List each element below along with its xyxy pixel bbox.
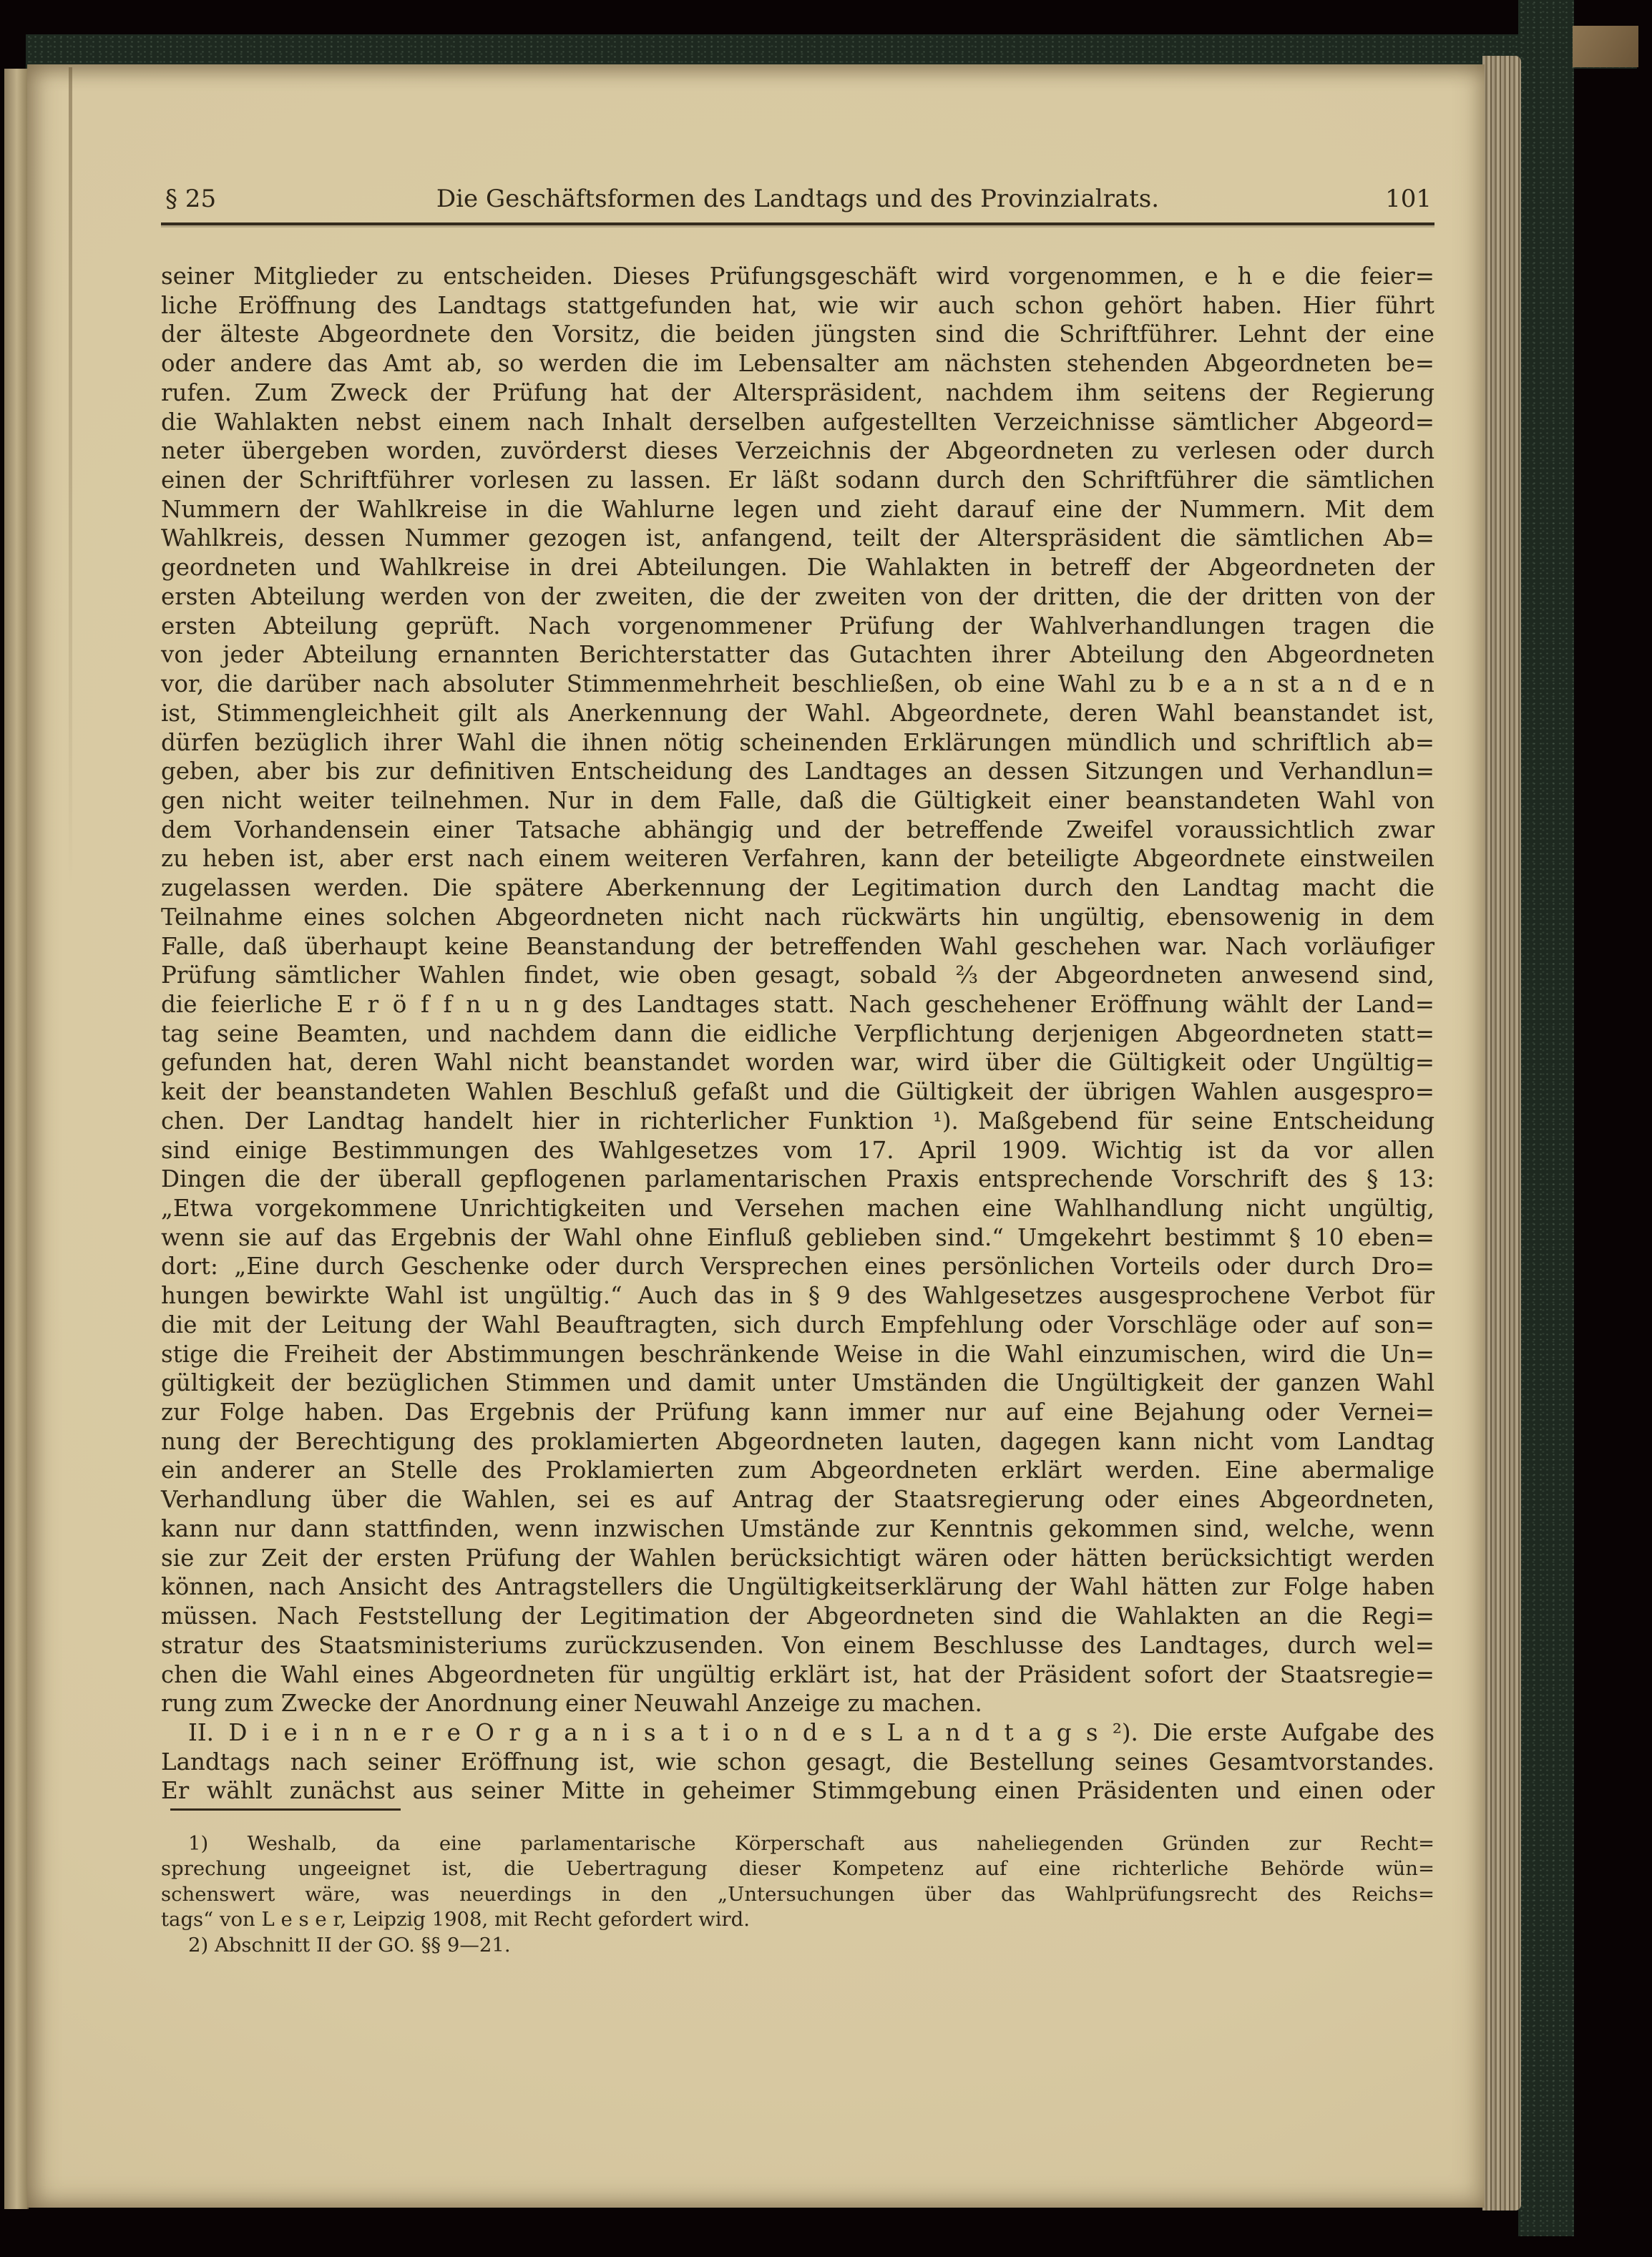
text-line: sie zur Zeit der ersten Prüfung der Wahl… — [161, 1544, 1434, 1573]
footnotes-block: 1) Weshalb, da eine parlamentarische Kör… — [161, 1831, 1434, 1958]
text-line: „Etwa vorgekommene Unrichtigkeiten und V… — [161, 1194, 1434, 1223]
text-line: chen die Wahl eines Abgeordneten für ung… — [161, 1660, 1434, 1690]
text-line: wenn sie auf das Ergebnis der Wahl ohne … — [161, 1223, 1434, 1253]
page-number: 101 — [1385, 185, 1432, 213]
page-header: § 25 Die Geschäftsformen des Landtags un… — [161, 185, 1434, 217]
book-cover-corner — [1573, 26, 1638, 67]
page-stack-edge — [1482, 56, 1521, 2211]
text-line: II. D i e i n n e r e O r g a n i s a t … — [161, 1718, 1434, 1748]
page-crease — [69, 67, 72, 890]
text-line: oder andere das Amt ab, so werden die im… — [161, 349, 1434, 378]
text-line: dort: „Eine durch Geschenke oder durch V… — [161, 1252, 1434, 1281]
text-line: Prüfung sämtlicher Wahlen findet, wie ob… — [161, 961, 1434, 990]
book-page: § 25 Die Geschäftsformen des Landtags un… — [27, 64, 1485, 2208]
text-line: stratur des Staatsministeriums zurückzus… — [161, 1631, 1434, 1660]
text-line: von jeder Abteilung ernannten Berichters… — [161, 640, 1434, 670]
text-line: können, nach Ansicht des Antragstellers … — [161, 1572, 1434, 1602]
text-line: die mit der Leitung der Wahl Beauftragte… — [161, 1311, 1434, 1340]
text-line: ersten Abteilung werden von der zweiten,… — [161, 582, 1434, 612]
text-line: neter übergeben worden, zuvörderst diese… — [161, 436, 1434, 466]
header-rule — [161, 222, 1434, 225]
text-line: sind einige Bestimmungen des Wahlgesetze… — [161, 1136, 1434, 1165]
text-line: rung zum Zwecke der Anordnung einer Neuw… — [161, 1689, 1434, 1718]
text-line: Er wählt zunächst aus seiner Mitte in ge… — [161, 1776, 1434, 1806]
text-line: rufen. Zum Zweck der Prüfung hat der Alt… — [161, 378, 1434, 408]
text-line: der älteste Abgeordnete den Vorsitz, die… — [161, 320, 1434, 349]
text-line: dem Vorhandensein einer Tatsache abhängi… — [161, 816, 1434, 845]
text-line: geben, aber bis zur definitiven Entschei… — [161, 757, 1434, 786]
text-line: keit der beanstandeten Wahlen Beschluß g… — [161, 1077, 1434, 1107]
text-line: Teilnahme eines solchen Abgeordneten nic… — [161, 903, 1434, 932]
previous-page-edge — [4, 69, 29, 2209]
text-line: zugelassen werden. Die spätere Aberkennu… — [161, 873, 1434, 903]
text-line: sprechung ungeeignet ist, die Uebertragu… — [161, 1856, 1434, 1881]
text-line: die feierliche E r ö f f n u n g des Lan… — [161, 990, 1434, 1019]
text-line: nung der Berechtigung des proklamierten … — [161, 1427, 1434, 1456]
text-line: gefunden hat, deren Wahl nicht beanstand… — [161, 1048, 1434, 1077]
text-line: 2) Abschnitt II der GO. §§ 9—21. — [161, 1933, 1434, 1958]
text-line: chen. Der Landtag handelt hier in richte… — [161, 1107, 1434, 1136]
text-line: gültigkeit der bezüglichen Stimmen und d… — [161, 1369, 1434, 1398]
text-line: vor, die darüber nach absoluter Stimmenm… — [161, 670, 1434, 699]
text-line: müssen. Nach Feststellung der Legitimati… — [161, 1602, 1434, 1631]
text-line: liche Eröffnung des Landtags stattgefund… — [161, 291, 1434, 320]
text-line: hungen bewirkte Wahl ist ungültig.“ Auch… — [161, 1281, 1434, 1311]
text-line: ein anderer an Stelle des Proklamierten … — [161, 1456, 1434, 1485]
text-line: gen nicht weiter teilnehmen. Nur in dem … — [161, 786, 1434, 816]
book-cover-cloth-top — [26, 34, 1637, 69]
text-line: Dingen die der überall gepflogenen parla… — [161, 1165, 1434, 1194]
text-line: 1) Weshalb, da eine parlamentarische Kör… — [161, 1831, 1434, 1856]
text-line: Landtags nach seiner Eröffnung ist, wie … — [161, 1748, 1434, 1777]
text-line: einen der Schriftführer vorlesen zu lass… — [161, 466, 1434, 495]
footnote-separator-rule — [170, 1808, 401, 1811]
text-line: schenswert wäre, was neuerdings in den „… — [161, 1882, 1434, 1907]
running-title: Die Geschäftsformen des Landtags und des… — [161, 185, 1434, 213]
main-text-block: seiner Mitglieder zu entscheiden. Dieses… — [161, 262, 1434, 1806]
text-line: Nummern der Wahlkreise in die Wahlurne l… — [161, 495, 1434, 524]
text-line: Wahlkreis, dessen Nummer gezogen ist, an… — [161, 524, 1434, 553]
book-cover-cloth-right — [1518, 0, 1574, 2236]
text-line: tag seine Beamten, und nachdem dann die … — [161, 1019, 1434, 1049]
text-line: seiner Mitglieder zu entscheiden. Dieses… — [161, 262, 1434, 291]
text-line: ersten Abteilung geprüft. Nach vorgenomm… — [161, 612, 1434, 641]
text-line: tags“ von L e s e r, Leipzig 1908, mit R… — [161, 1907, 1434, 1932]
text-line: zur Folge haben. Das Ergebnis der Prüfun… — [161, 1398, 1434, 1427]
text-line: die Wahlakten nebst einem nach Inhalt de… — [161, 408, 1434, 437]
text-line: geordneten und Wahlkreise in drei Abteil… — [161, 553, 1434, 582]
text-line: kann nur dann stattfinden, wenn inzwisch… — [161, 1514, 1434, 1544]
text-line: zu heben ist, aber erst nach einem weite… — [161, 844, 1434, 873]
text-line: Verhandlung über die Wahlen, sei es auf … — [161, 1485, 1434, 1514]
text-line: stige die Freiheit der Abstimmungen besc… — [161, 1340, 1434, 1369]
text-line: Falle, daß überhaupt keine Beanstandung … — [161, 932, 1434, 961]
text-line: ist, Stimmengleichheit gilt als Anerkenn… — [161, 699, 1434, 728]
text-line: dürfen bezüglich ihrer Wahl die ihnen nö… — [161, 728, 1434, 758]
